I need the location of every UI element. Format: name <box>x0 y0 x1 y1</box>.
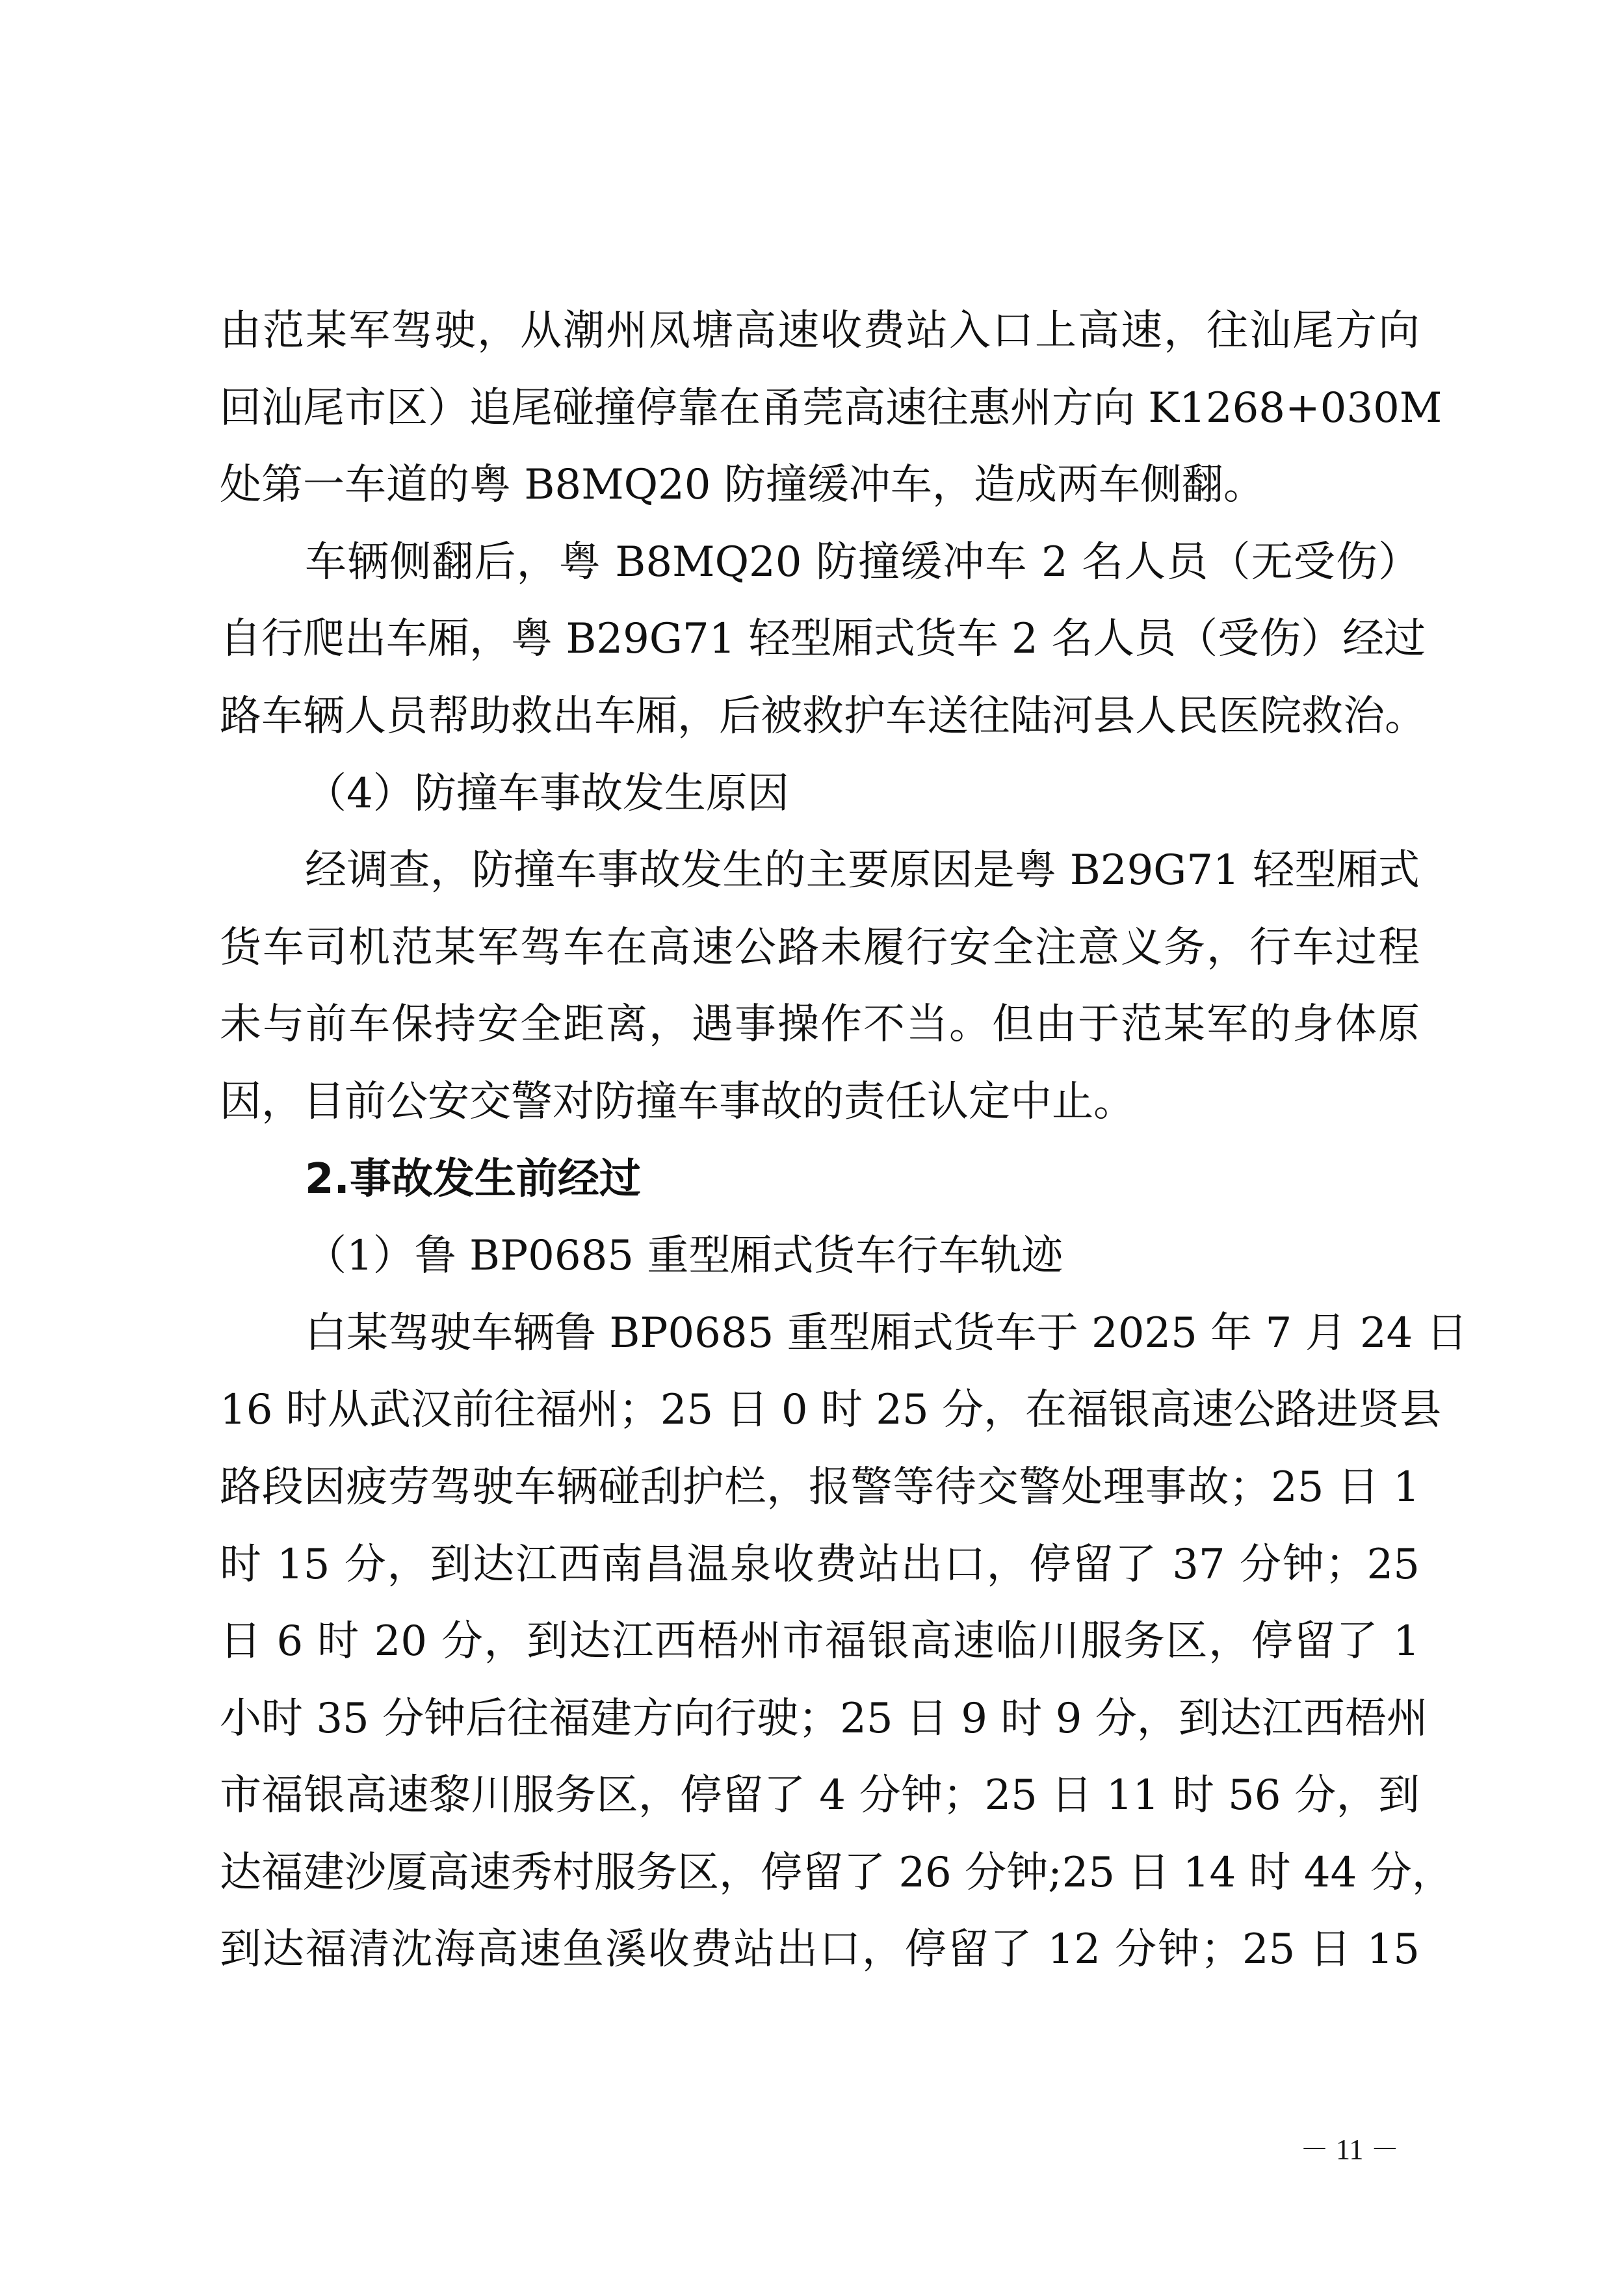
text-line: 因，目前公安交警对防撞车事故的责任认定中止。 <box>220 1071 1420 1149</box>
section-heading-2: 2.事故发生前经过 <box>220 1149 1420 1226</box>
paragraph-continuation: 由范某军驾驶，从潮州凤塘高速收费站入口上高速，往汕尾方向 回汕尾市区）追尾碰撞停… <box>220 300 1420 532</box>
text-line: 小时 35 分钟后往福建方向行驶；25 日 9 时 9 分，到达江西梧州 <box>220 1688 1420 1766</box>
document-page: 由范某军驾驶，从潮州凤塘高速收费站入口上高速，往汕尾方向 回汕尾市区）追尾碰撞停… <box>0 0 1618 2296</box>
body-text: 由范某军驾驶，从潮州凤塘高速收费站入口上高速，往汕尾方向 回汕尾市区）追尾碰撞停… <box>220 300 1420 1996</box>
text-line: 16 时从武汉前往福州；25 日 0 时 25 分，在福银高速公路进贤县 <box>220 1379 1420 1457</box>
page-number: － 11 － <box>1300 2126 1399 2167</box>
text-line: 日 6 时 20 分，到达江西梧州市福银高速临川服务区，停留了 1 <box>220 1611 1420 1688</box>
text-line: 未与前车保持安全距离，遇事操作不当。但由于范某军的身体原 <box>220 994 1420 1071</box>
text-line: 达福建沙厦高速秀村服务区，停留了 26 分钟;25 日 14 时 44 分， <box>220 1842 1420 1920</box>
text-line: 时 15 分，到达江西南昌温泉收费站出口，停留了 37 分钟；25 <box>220 1534 1420 1611</box>
text-line: 由范某军驾驶，从潮州凤塘高速收费站入口上高速，往汕尾方向 <box>220 300 1420 378</box>
section-heading-text: 2.事故发生前经过 <box>220 1149 1420 1226</box>
text-line: 货车司机范某军驾车在高速公路未履行安全注意义务，行车过程 <box>220 917 1420 995</box>
text-line: 市福银高速黎川服务区，停留了 4 分钟；25 日 11 时 56 分，到 <box>220 1765 1420 1842</box>
text-line: 路段因疲劳驾驶车辆碰刮护栏，报警等待交警处理事故；25 日 1 <box>220 1457 1420 1534</box>
text-line: 到达福清沈海高速鱼溪收费站出口，停留了 12 分钟；25 日 15 <box>220 1919 1420 1996</box>
text-line: 自行爬出车厢，粤 B29G71 轻型厢式货车 2 名人员（受伤）经过 <box>220 608 1420 686</box>
text-line: 处第一车道的粤 B8MQ20 防撞缓冲车，造成两车侧翻。 <box>220 454 1420 532</box>
text-line: 路车辆人员帮助救出车厢，后被救护车送往陆河县人民医院救治。 <box>220 686 1420 763</box>
text-line: 经调查，防撞车事故发生的主要原因是粤 B29G71 轻型厢式 <box>220 840 1420 917</box>
text-line: 白某驾驶车辆鲁 BP0685 重型厢式货车于 2025 年 7 月 24 日 <box>220 1303 1420 1380</box>
paragraph-cause: 经调查，防撞车事故发生的主要原因是粤 B29G71 轻型厢式 货车司机范某军驾车… <box>220 840 1420 1148</box>
subheading-cause: （4）防撞车事故发生原因 <box>220 763 1420 841</box>
subheading-text: （1）鲁 BP0685 重型厢式货车行车轨迹 <box>220 1225 1420 1303</box>
paragraph-track: 白某驾驶车辆鲁 BP0685 重型厢式货车于 2025 年 7 月 24 日 1… <box>220 1303 1420 1996</box>
paragraph-rollover: 车辆侧翻后，粤 B8MQ20 防撞缓冲车 2 名人员（无受伤） 自行爬出车厢，粤… <box>220 532 1420 763</box>
text-line: 回汕尾市区）追尾碰撞停靠在甬莞高速往惠州方向 K1268+030M <box>220 378 1420 455</box>
subheading-track: （1）鲁 BP0685 重型厢式货车行车轨迹 <box>220 1225 1420 1303</box>
subheading-text: （4）防撞车事故发生原因 <box>220 763 1420 841</box>
text-line: 车辆侧翻后，粤 B8MQ20 防撞缓冲车 2 名人员（无受伤） <box>220 532 1420 609</box>
